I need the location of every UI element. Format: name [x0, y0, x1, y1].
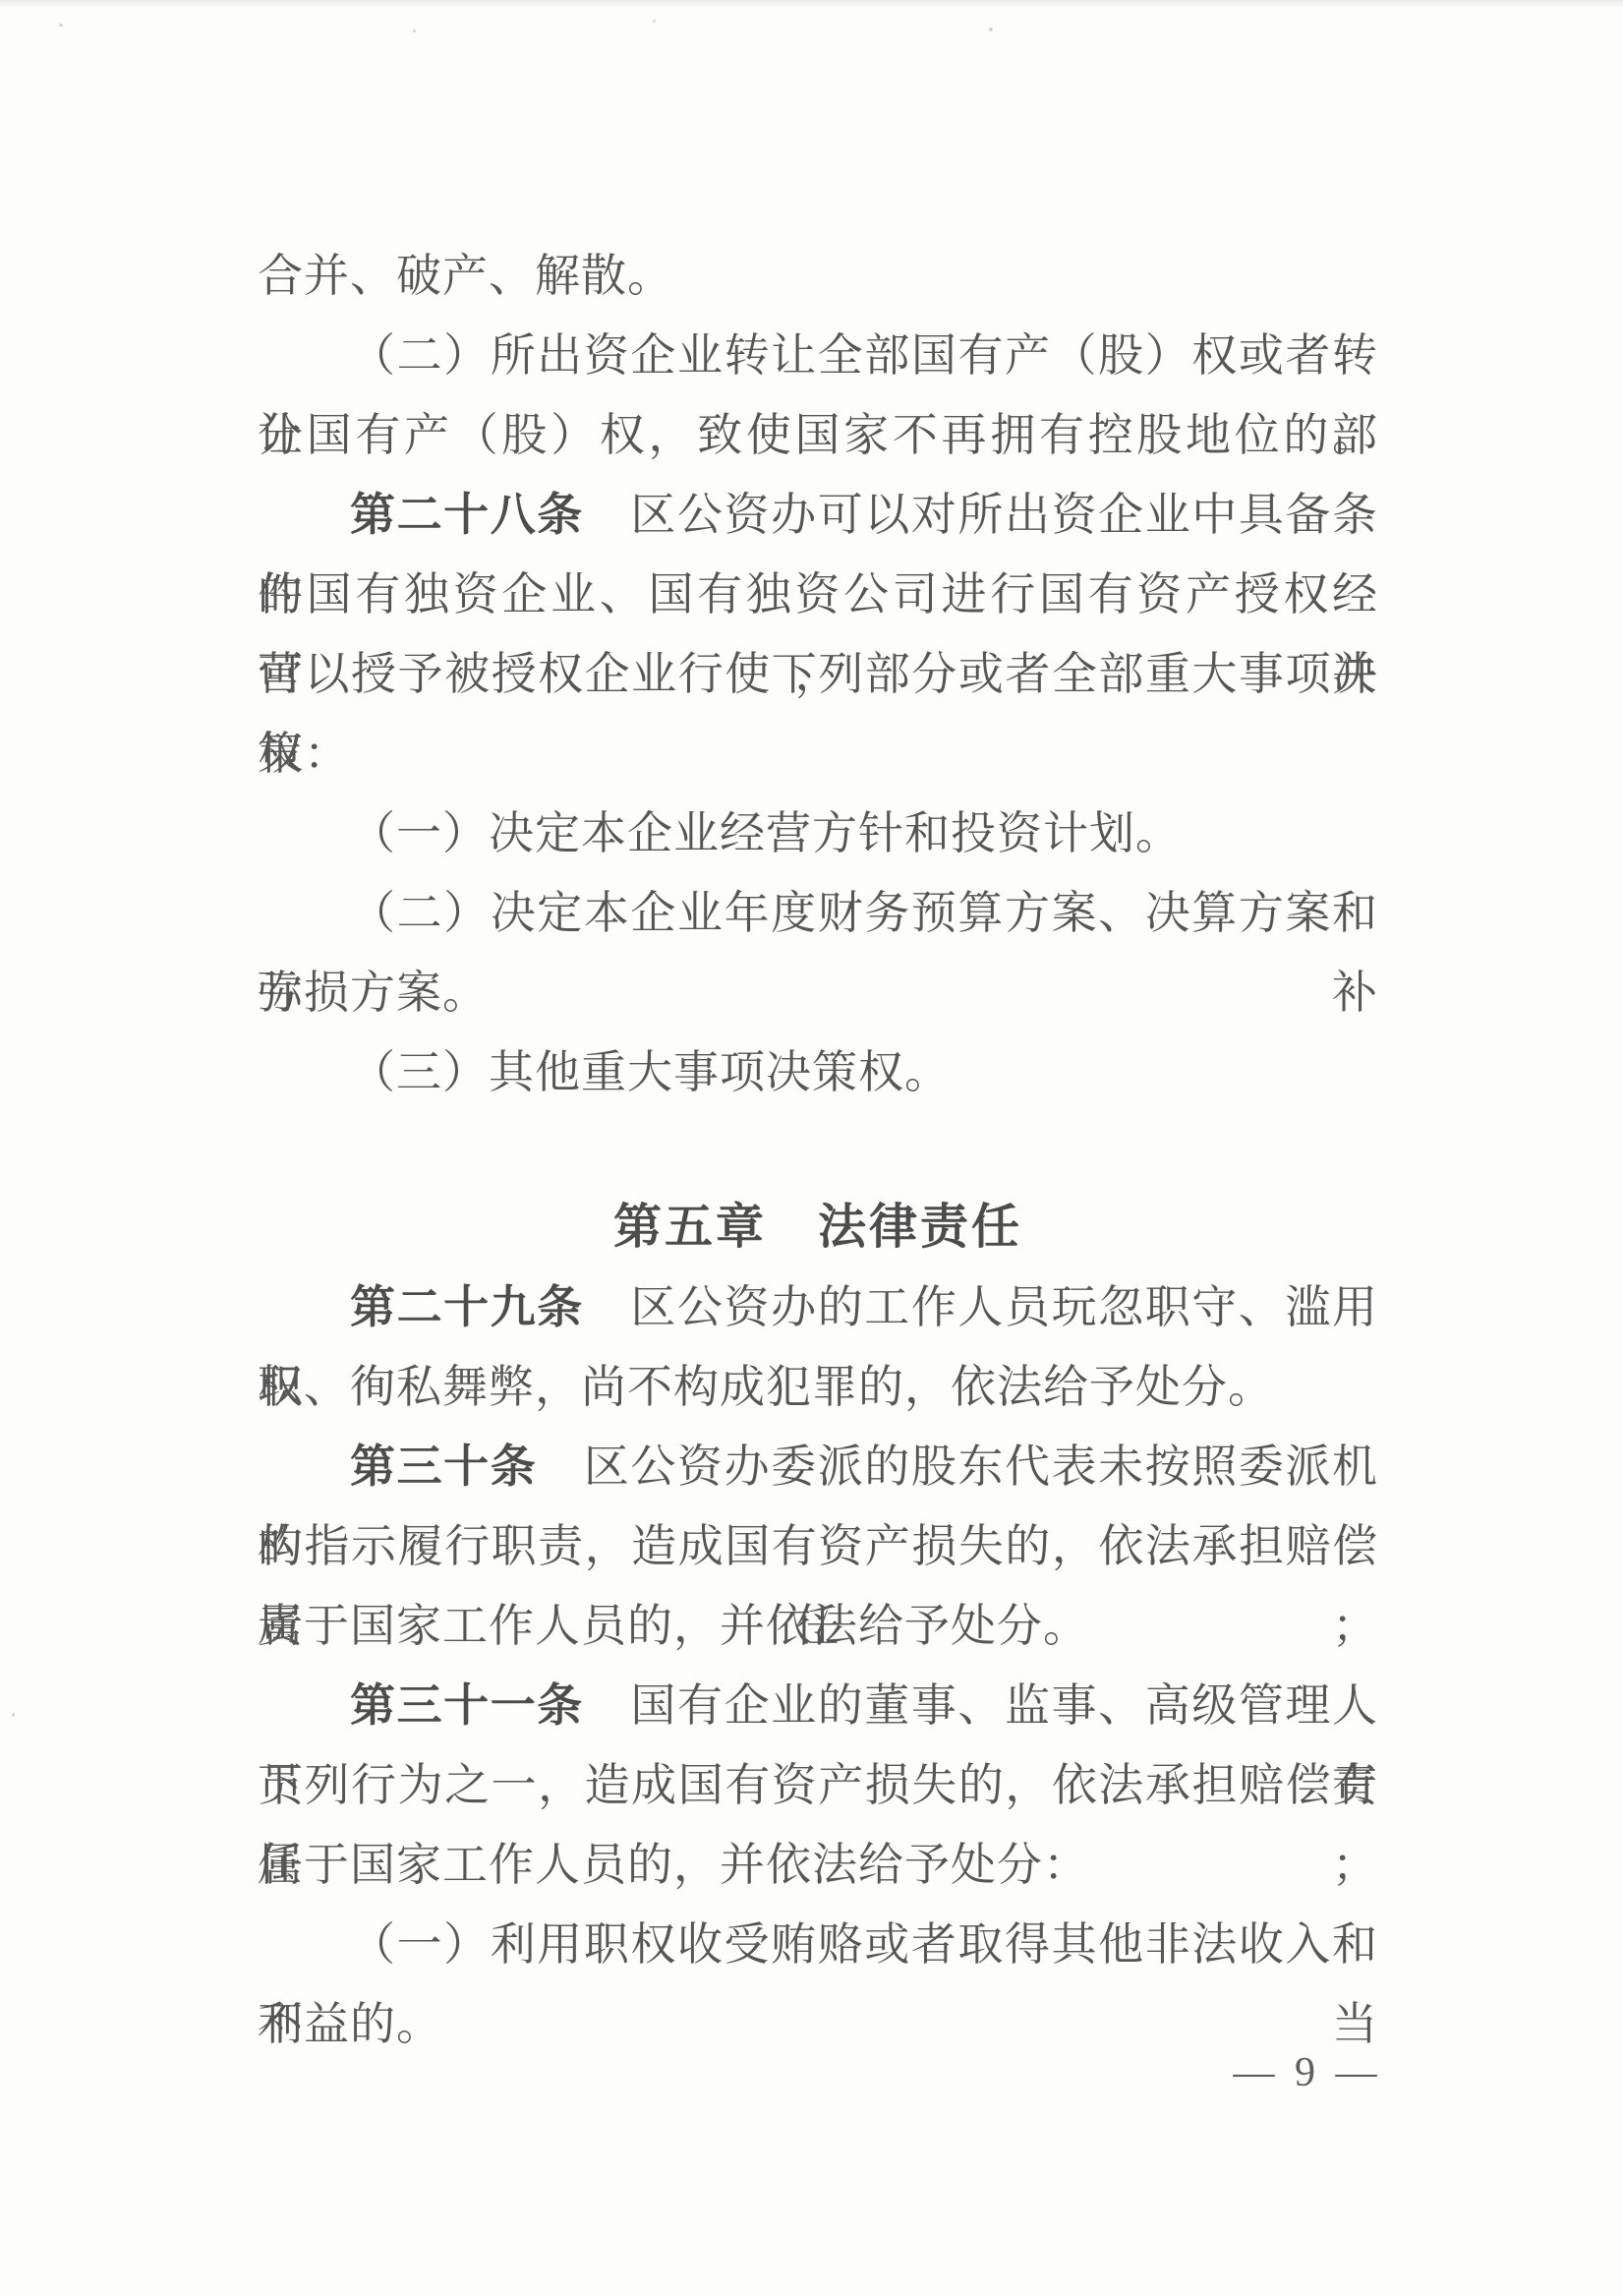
page-number: — 9 — — [1217, 2045, 1398, 2100]
document-line: （一）利用职权收受贿赂或者取得其他非法收入和不当 — [258, 1905, 1378, 1984]
document-line: 权、徇私舞弊，尚不构成犯罪的，依法给予处分。 — [258, 1347, 1378, 1427]
document-line: 第三十一条 国有企业的董事、监事、高级管理人员有 — [258, 1666, 1378, 1745]
article-number: 第二十九条 — [350, 1281, 584, 1332]
document-line: 下列行为之一，造成国有资产损失的，依法承担赔偿责任； — [258, 1745, 1378, 1825]
line-text: 合并、破产、解散。 — [258, 251, 673, 301]
scan-edge-artifact — [0, 0, 1623, 9]
chapter-heading: 第五章 法律责任 — [258, 1188, 1378, 1267]
article-number: 第三十条 — [350, 1441, 537, 1492]
article-number: 第三十一条 — [350, 1679, 584, 1731]
document-line: （一）决定本企业经营方针和投资计划。 — [258, 794, 1378, 873]
document-line: 的指示履行职责，造成国有资产损失的，依法承担赔偿责任； — [258, 1506, 1378, 1586]
document-body: 合并、破产、解散。 （二）所出资企业转让全部国有产（股）权或者转让部 分国有产（… — [258, 236, 1378, 2064]
scanned-document-page: 合并、破产、解散。 （二）所出资企业转让全部国有产（股）权或者转让部 分国有产（… — [0, 0, 1623, 2296]
line-text: 权： — [258, 729, 350, 779]
scan-speckle — [12, 1713, 15, 1717]
document-line: （二）决定本企业年度财务预算方案、决算方案和弥补 — [258, 873, 1378, 953]
scan-speckle — [59, 24, 63, 27]
document-line: 合并、破产、解散。 — [258, 236, 1378, 316]
line-text: （三）其他重大事项决策权。 — [350, 1047, 951, 1097]
line-text: 权、徇私舞弊，尚不构成犯罪的，依法给予处分。 — [258, 1362, 1274, 1412]
line-text: 分国有产（股）权，致使国家不再拥有控股地位的。 — [258, 410, 1378, 460]
document-line: 第二十九条 区公资办的工作人员玩忽职守、滥用职 — [258, 1267, 1378, 1347]
line-text: 利益的。 — [258, 1999, 442, 2049]
scan-speckle — [413, 29, 416, 32]
line-text: 属于国家工作人员的，并依法给予处分。 — [258, 1601, 1089, 1651]
document-line: 可以授予被授权企业行使下列部分或者全部重大事项决策 — [258, 634, 1378, 714]
document-line: 的国有独资企业、国有独资公司进行国有资产授权经营，并 — [258, 555, 1378, 634]
article-number: 第二十八条 — [350, 489, 584, 540]
line-text: 亏损方案。 — [258, 968, 489, 1018]
document-line: （二）所出资企业转让全部国有产（股）权或者转让部 — [258, 316, 1378, 395]
document-line: 第二十八条 区公资办可以对所出资企业中具备条件 — [258, 475, 1378, 555]
document-line: 分国有产（股）权，致使国家不再拥有控股地位的。 — [258, 395, 1378, 475]
scan-speckle — [989, 28, 993, 31]
document-line: （三）其他重大事项决策权。 — [258, 1032, 1378, 1112]
line-text: 属于国家工作人员的，并依法给予处分： — [258, 1840, 1089, 1890]
document-line: 权： — [258, 714, 1378, 794]
document-line: 第三十条 区公资办委派的股东代表未按照委派机构 — [258, 1427, 1378, 1506]
scan-speckle — [653, 20, 656, 23]
line-text: （一）决定本企业经营方针和投资计划。 — [350, 808, 1182, 858]
